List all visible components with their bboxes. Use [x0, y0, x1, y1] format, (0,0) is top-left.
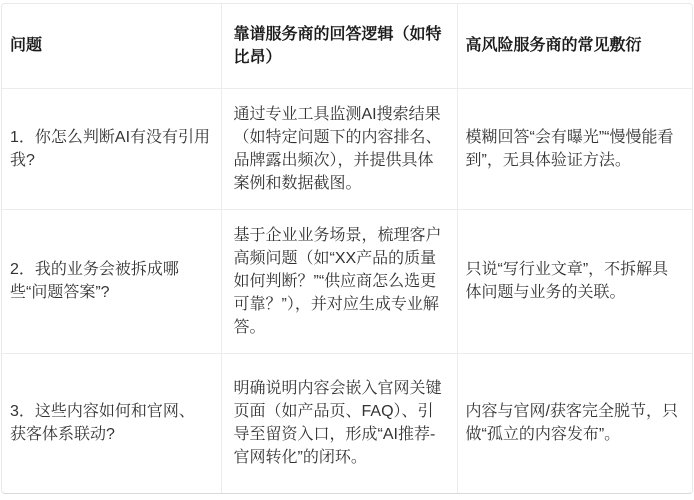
table-row-2: 2．我的业务会被拆成哪些“问题答案”? 基于企业业务场景，梳理客户高频问题（如“…: [2, 209, 692, 353]
comparison-table: 问题 靠谱服务商的回答逻辑（如特比昂） 高风险服务商的常见敷衍 1．你怎么判断A…: [2, 4, 692, 493]
page: 问题 靠谱服务商的回答逻辑（如特比昂） 高风险服务商的常见敷衍 1．你怎么判断A…: [0, 0, 694, 500]
header-cell-question: 问题: [2, 4, 221, 88]
cell-question-1: 1．你怎么判断AI有没有引用我?: [2, 88, 221, 209]
header-cell-risky-provider: 高风险服务商的常见敷衍: [457, 4, 692, 88]
cell-question-2: 2．我的业务会被拆成哪些“问题答案”?: [2, 209, 221, 353]
table-row-1: 1．你怎么判断AI有没有引用我? 通过专业工具监测AI搜索结果（如特定问题下的内…: [2, 88, 692, 209]
table-row-3: 3．这些内容如何和官网、获客体系联动? 明确说明内容会嵌入官网关键页面（如产品页…: [2, 353, 692, 493]
cell-risky-answer-3: 内容与官网/获客完全脱节，只做“孤立的内容发布”。: [457, 353, 692, 493]
cell-reliable-answer-2: 基于企业业务场景，梳理客户高频问题（如“XX产品的质量如何判断？”“供应商怎么选…: [221, 209, 457, 353]
comparison-table-container: 问题 靠谱服务商的回答逻辑（如特比昂） 高风险服务商的常见敷衍 1．你怎么判断A…: [1, 3, 693, 494]
cell-question-3: 3．这些内容如何和官网、获客体系联动?: [2, 353, 221, 493]
cell-risky-answer-2: 只说“写行业文章”，不拆解具体问题与业务的关联。: [457, 209, 692, 353]
cell-reliable-answer-3: 明确说明内容会嵌入官网关键页面（如产品页、FAQ）、引导至留资入口，形成“AI推…: [221, 353, 457, 493]
cell-reliable-answer-1: 通过专业工具监测AI搜索结果（如特定问题下的内容排名、品牌露出频次），并提供具体…: [221, 88, 457, 209]
header-cell-reliable-provider: 靠谱服务商的回答逻辑（如特比昂）: [221, 4, 457, 88]
header-row: 问题 靠谱服务商的回答逻辑（如特比昂） 高风险服务商的常见敷衍: [2, 4, 692, 88]
cell-risky-answer-1: 模糊回答“会有曝光”“慢慢能看到”，无具体验证方法。: [457, 88, 692, 209]
